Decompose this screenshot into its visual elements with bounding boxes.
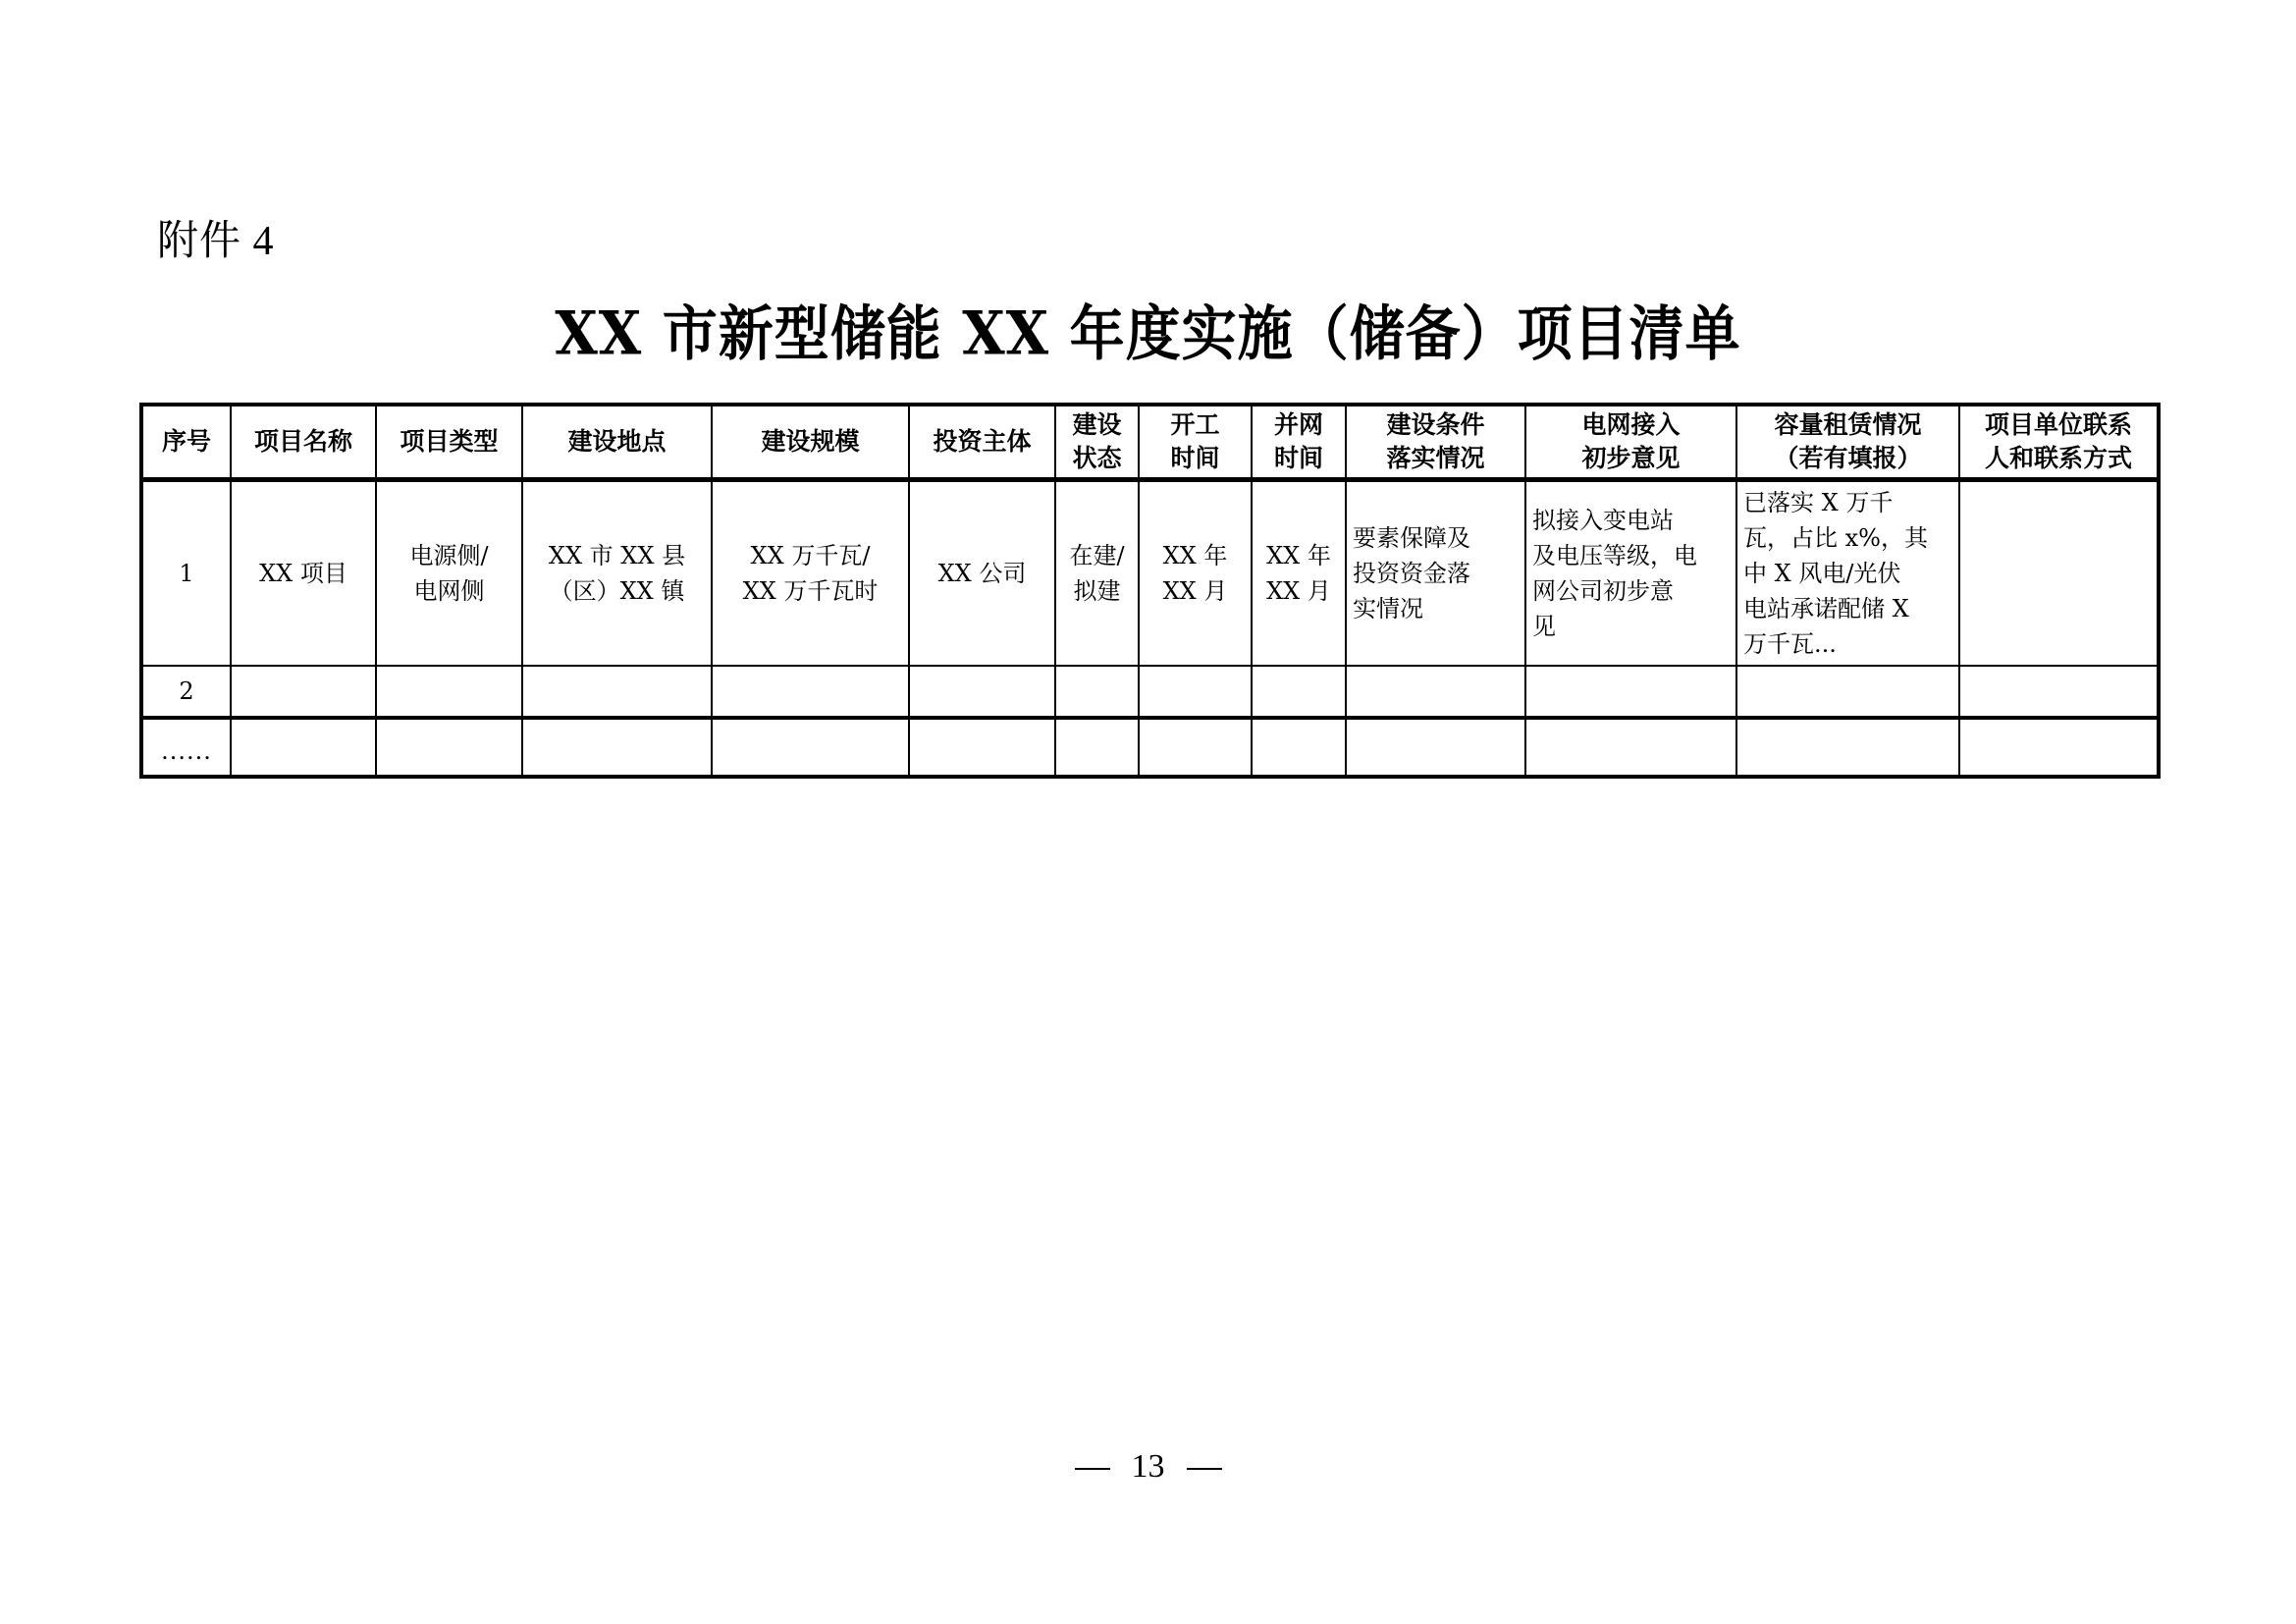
cell-contact [1959,480,2159,667]
cell-grid-time: XX 年XX 月 [1252,480,1346,667]
cell-empty [1959,666,2159,718]
header-investor: 投资主体 [909,405,1055,480]
cell-empty [1055,666,1139,718]
header-status: 建设状态 [1055,405,1139,480]
header-grid-opinion: 电网接入初步意见 [1525,405,1736,480]
header-project-name: 项目名称 [231,405,376,480]
header-start-time: 开工时间 [1139,405,1252,480]
header-project-type: 项目类型 [376,405,522,480]
header-contact: 项目单位联系人和联系方式 [1959,405,2159,480]
page-number: 13 [0,1443,2296,1490]
table-row: ...... [141,718,2159,777]
cell-scale: XX 万千瓦/XX 万千瓦时 [712,480,909,667]
cell-project-type: 电源侧/电网侧 [376,480,522,667]
header-location: 建设地点 [522,405,712,480]
header-capacity-lease: 容量租赁情况（若有填报） [1736,405,1959,480]
header-index: 序号 [141,405,231,480]
cell-project-name: XX 项目 [231,480,376,667]
cell-grid-opinion: 拟接入变电站及电压等级，电网公司初步意见 [1525,480,1736,667]
cell-empty [1959,718,2159,777]
cell-empty [1346,666,1525,718]
attachment-label: 附件 4 [157,214,275,269]
cell-empty [909,718,1055,777]
cell-empty [1736,718,1959,777]
header-scale: 建设规模 [712,405,909,480]
cell-empty [522,666,712,718]
cell-empty [376,718,522,777]
header-conditions: 建设条件落实情况 [1346,405,1525,480]
project-list-table: 序号 项目名称 项目类型 建设地点 建设规模 投资主体 建设状态 开工时间 并网… [139,403,2161,779]
page-number-value: 13 [1132,1448,1165,1485]
cell-capacity-lease: 已落实 X 万千瓦，占比 x%，其中 X 风电/光伏电站承诺配储 X万千瓦... [1736,480,1959,667]
cell-index: ...... [141,718,231,777]
cell-empty [1736,666,1959,718]
cell-start-time: XX 年XX 月 [1139,480,1252,667]
cell-empty [712,718,909,777]
cell-conditions: 要素保障及投资资金落实情况 [1346,480,1525,667]
table-header-row: 序号 项目名称 项目类型 建设地点 建设规模 投资主体 建设状态 开工时间 并网… [141,405,2159,480]
cell-empty [376,666,522,718]
cell-empty [1139,666,1252,718]
cell-empty [522,718,712,777]
cell-status: 在建/拟建 [1055,480,1139,667]
cell-location: XX 市 XX 县（区）XX 镇 [522,480,712,667]
cell-empty [909,666,1055,718]
cell-empty [1525,718,1736,777]
cell-empty [1055,718,1139,777]
cell-empty [1252,666,1346,718]
cell-empty [231,666,376,718]
cell-empty [712,666,909,718]
cell-index: 2 [141,666,231,718]
cell-index: 1 [141,480,231,667]
cell-empty [1252,718,1346,777]
cell-empty [231,718,376,777]
dash-left [1075,1468,1110,1470]
cell-investor: XX 公司 [909,480,1055,667]
cell-empty [1525,666,1736,718]
header-grid-time: 并网时间 [1252,405,1346,480]
cell-empty [1139,718,1252,777]
dash-right [1187,1468,1222,1470]
table-row: 1 XX 项目 电源侧/电网侧 XX 市 XX 县（区）XX 镇 XX 万千瓦/… [141,480,2159,667]
document-title: XX 市新型储能 XX 年度实施（储备）项目清单 [0,292,2296,376]
cell-empty [1346,718,1525,777]
table-row: 2 [141,666,2159,718]
